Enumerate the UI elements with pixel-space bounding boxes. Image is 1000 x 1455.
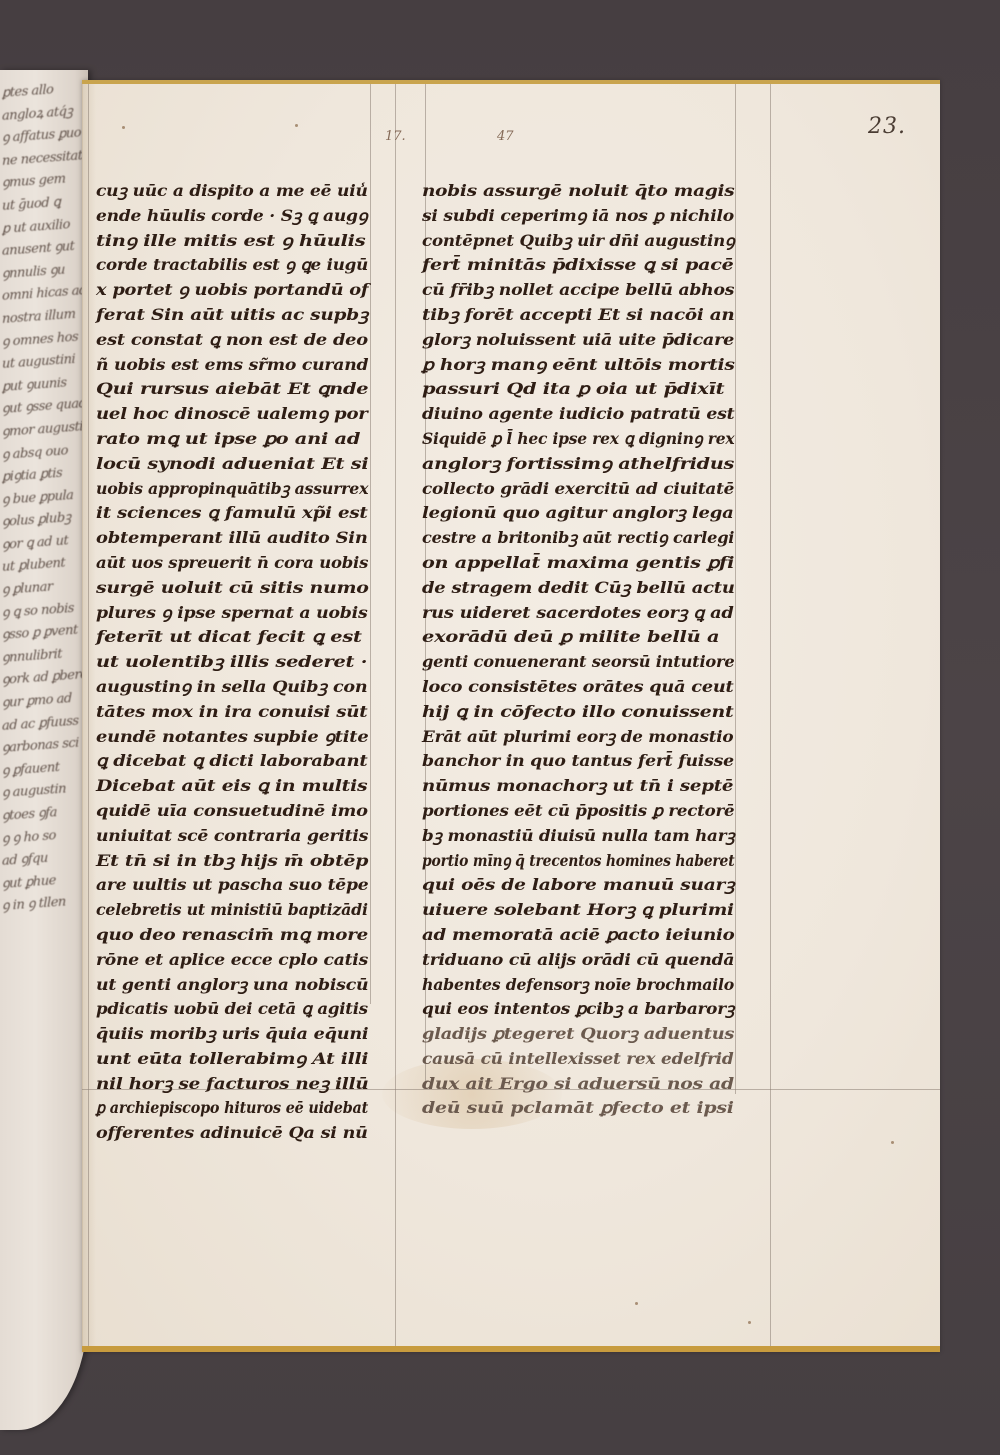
text-line: Dicebat aūt eis ꝗ in multis [96, 774, 448, 799]
text-line: Et tn̄ si in tbꝫ hijs m̄ obtēp [96, 849, 448, 874]
text-line: hij ꝗ in cōfecto illo conuissent [422, 700, 836, 725]
margin-mark-right: 47 [497, 129, 514, 144]
text-line: contēpnet Quibꝫ uir dn̄i augustinꝯ [422, 229, 788, 254]
text-line: ut genti anglorꝫ una nobiscū [96, 973, 419, 998]
text-line: Qui rursus aiebāt Et ꝗnde [96, 377, 458, 402]
speck [748, 1321, 751, 1324]
text-line: aūt uos spreuerit n̄ cora uobis [96, 551, 404, 576]
text-line: exorādū deū ꝑ milite bellū a [422, 625, 847, 650]
text-line: unt eūta tollerabimꝯ At illi [96, 1047, 445, 1072]
text-line: legionū quo agitur anglorꝫ lega [422, 501, 818, 526]
recto-page: 23. 17. 47 cuꝫ uūc a dispito a me eē uiu… [82, 80, 940, 1352]
speck [122, 126, 125, 129]
text-line: ꝗ dicebat ꝗ dicti laborabant [96, 749, 433, 774]
text-line: nil horꝫ se facturos neꝫ illū [96, 1072, 439, 1097]
text-line: qui oēs de labore manuū suarꝫ [422, 873, 830, 898]
text-line: triduano cū alijs orādi cū quendā [422, 948, 798, 973]
text-line: est constat ꝗ non est de deo [96, 328, 429, 353]
text-line: corde tractabilis est ꝯ ꝗe iugū [96, 253, 409, 278]
left-text-column: cuꝫ uūc a dispito a me eē uiu̾ende hūuli… [96, 179, 386, 1146]
speck [295, 124, 298, 127]
text-line: pdicatis uobū dei cetā ꝗ agitis [96, 997, 405, 1022]
text-line: dux ait Ergo si aduersū nos ad [422, 1072, 833, 1097]
text-line: ut uolentibꝫ illis sederet · [96, 650, 459, 675]
text-line: feterīt ut dicat fecit ꝗ est [96, 625, 459, 650]
text-line: Siquidē ꝑ l̄ hec ipse rex ꝗ digninꝯ rex [422, 427, 762, 452]
text-line: quo deo renascim̄ mꝗ more [96, 923, 437, 948]
text-line: ꝑ horꝫ manꝯ eēnt ultōis mortis [422, 353, 832, 378]
text-line: deū suū pclamāt ꝑfecto et ipsi [422, 1096, 836, 1121]
text-line: genti conuenerant seorsū intutiore [422, 650, 778, 675]
text-line: celebretis ut ministiū baptizādi [96, 898, 392, 923]
text-line: fert̄ minitās p̄dixisse ꝗ si pacē [422, 253, 841, 278]
text-line: Erāt aūt plurimi eorꝫ de monastio [422, 725, 790, 750]
ruling-left-edge [88, 84, 89, 1346]
text-line: q̄uiis moribꝫ uris q̄uia eq̄uni [96, 1022, 426, 1047]
text-line: are uultis ut pascha suo tēpe [96, 873, 417, 898]
text-line: anglorꝫ fortissimꝯ athelfridus [422, 452, 843, 477]
text-line: gladijs ꝑtegeret Quorꝫ aduentus [422, 1022, 812, 1047]
text-line: cū fr̄ibꝫ nollet accipe bellū abhos [422, 278, 799, 303]
text-line: obtemperant illū audito Sin [96, 526, 430, 551]
text-line: uiuere solebant Horꝫ ꝗ plurimi [422, 898, 828, 923]
text-line: cuꝫ uūc a dispito a me eē uiu̾ [96, 179, 415, 204]
text-line: nobis assurgē noluit q̄to magis [422, 179, 827, 204]
text-line: rus uideret sacerdotes eorꝫ ꝗ ad [422, 601, 812, 626]
text-line: glorꝫ noluissent uiā uite p̄dicare [422, 328, 808, 353]
text-line: x portet ꝯ uobis portandū of [96, 278, 429, 303]
text-line: plures ꝯ ipse spernat a uobis [96, 601, 419, 626]
text-line: uniuitat scē contraria geritis [96, 824, 418, 849]
text-line: on appellat̄ maxima gentis ꝑfi [422, 551, 843, 576]
text-line: it sciences ꝗ famulū xp̃i est [96, 501, 437, 526]
facing-verso-page: ꝑtes alloangloꝝ atq́ꝫꝯ affatus ꝑuone nec… [0, 70, 88, 1430]
text-line: ꝑ archiepiscopo hituros eē uidebat [96, 1096, 364, 1121]
text-line: offerentes adinuicē Qa si nū [96, 1121, 425, 1146]
text-line: si subdi ceperimꝯ iā nos ꝑ nichilo [422, 204, 797, 229]
right-text-column: nobis assurgē noluit q̄to magissi subdi … [422, 179, 762, 1121]
text-line: portiones eēt cū p̄positis ꝑ rectorē [422, 799, 786, 824]
text-line: diuino agente iudicio patratū est [422, 402, 802, 427]
text-line: uobis appropinquātibꝫ assurrex [96, 477, 390, 502]
text-line: nūmus monachorꝫ ut tn̄ i septē [422, 774, 822, 799]
text-line: bꝫ monastiū diuisū nulla tam harꝫ [422, 824, 789, 849]
verso-text-line: ꝯ in ꝯ tllen [2, 890, 86, 918]
folio-number: 23. [868, 114, 906, 139]
text-line: ferat Sin aūt uitis ac supbꝫ [96, 303, 442, 328]
text-line: quidē uīa consuetudinē imo [96, 799, 429, 824]
text-line: ende hūulis corde · Sꝫ ꝗ augꝯ [96, 204, 415, 229]
text-line: surgē uoluit cū sitis numo [96, 576, 450, 601]
text-line: ñ uobis est ems sr̃mo curand [96, 353, 418, 378]
text-line: collecto grādi exercitū ad ciuitatē [422, 477, 792, 502]
text-line: rōne et aplice ecce cplo catis [96, 948, 417, 973]
text-line: cestre a britonibꝫ aūt rectiꝯ carlegi [422, 526, 777, 551]
text-line: rato mꝗ ut ipse ꝑo ani ad [96, 427, 459, 452]
text-line: banchor in quo tantus fert̄ fuisse [422, 749, 801, 774]
text-line: causā cū intellexisset rex edelfrid [422, 1047, 793, 1072]
text-line: tibꝫ forēt accepti Et si nacōi an [422, 303, 824, 328]
text-line: ad memoratā aciē ꝑacto ieiunio [422, 923, 819, 948]
margin-mark-left: 17. [385, 129, 406, 144]
text-line: passuri Qd ita ꝑ oia ut p̄dixīt [422, 377, 847, 402]
text-line: de stragem dedit Cūꝫ bellū actu [422, 576, 815, 601]
text-line: habentes defensorꝫ noīe brochmailo [422, 973, 766, 998]
speck [635, 1302, 638, 1305]
text-line: tātes mox in ira conuisi sūt [96, 700, 436, 725]
verso-text-block: ꝑtes alloangloꝝ atq́ꝫꝯ affatus ꝑuone nec… [2, 77, 86, 919]
text-line: locū synodi adueniat Et si [96, 452, 456, 477]
speck [891, 1141, 894, 1144]
text-line: tinꝯ ille mitis est ꝯ hūulis [96, 229, 459, 254]
text-line: portio mīnꝯ q̄ trecentos homines haberet [422, 849, 727, 874]
text-line: loco consistētes orātes quā ceut [422, 675, 811, 700]
text-line: uel hoc dinoscē ualemꝯ por [96, 402, 434, 427]
text-line: augustinꝯ in sella Quibꝫ con [96, 675, 425, 700]
text-line: qui eos intentos ꝑcibꝫ a barbarorꝫ [422, 997, 792, 1022]
text-line: eundē notantes supbie ꝯtite [96, 725, 430, 750]
